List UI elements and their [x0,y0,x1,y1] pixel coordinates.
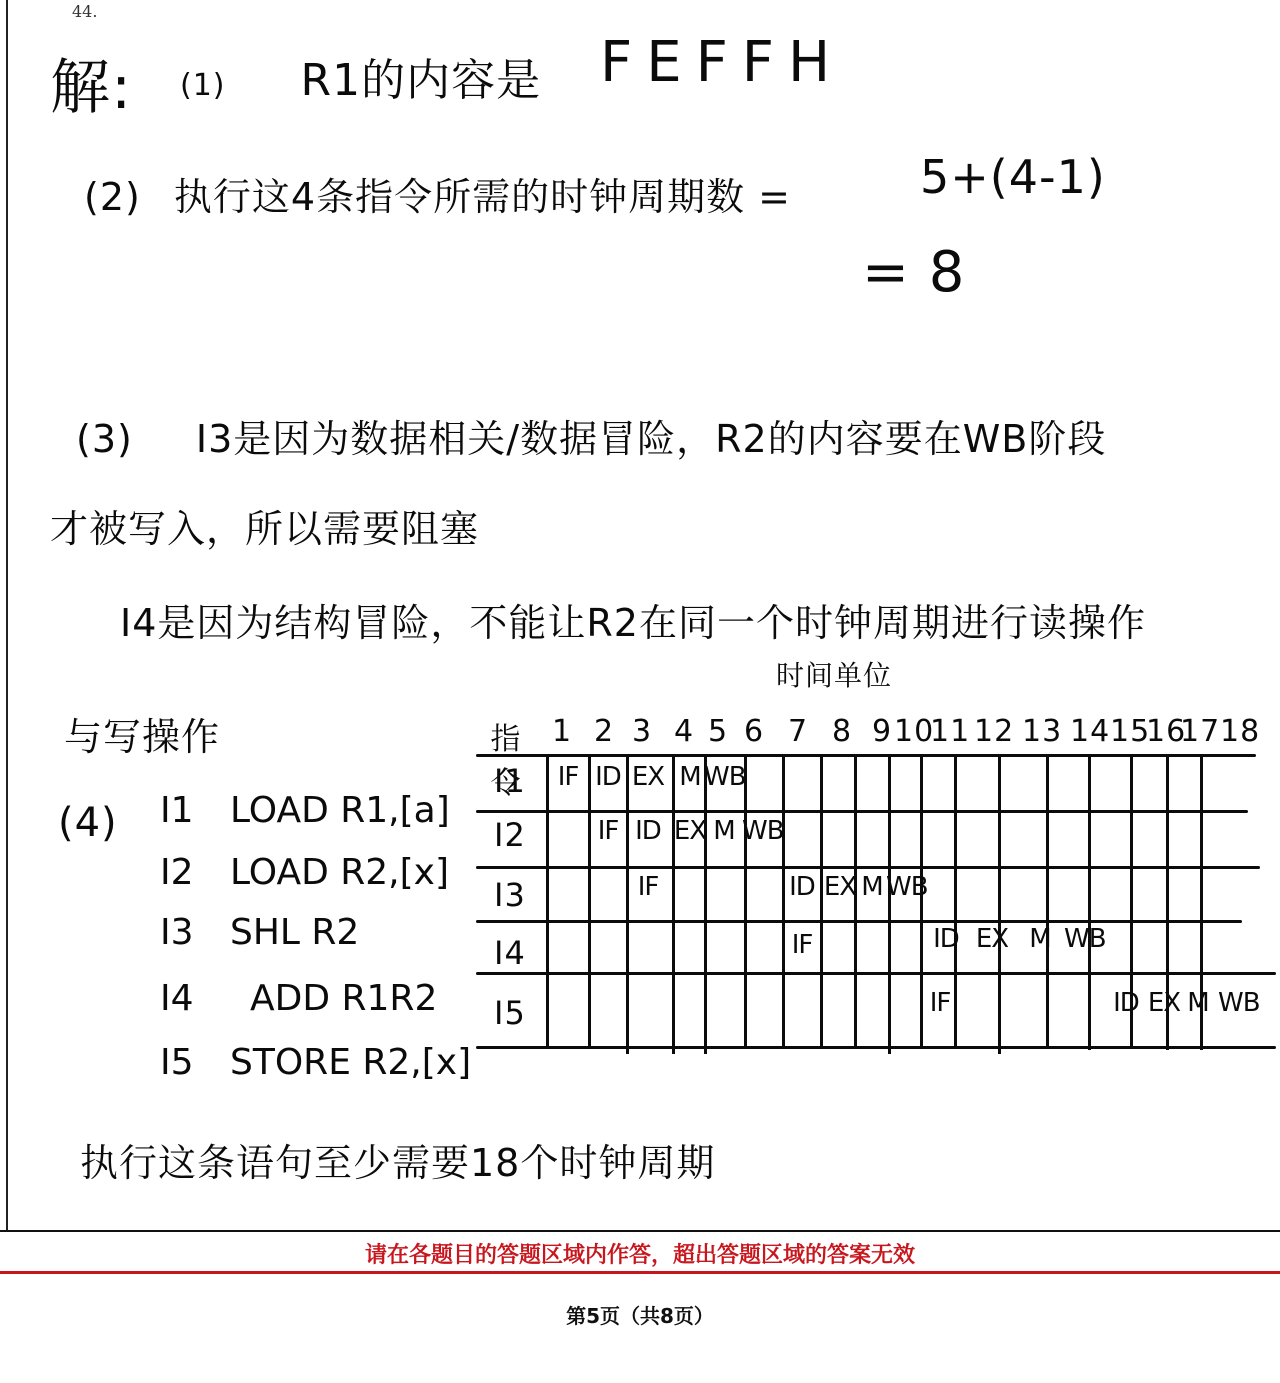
stage-cell: WB [742,816,782,846]
row-label-i4: I4 [494,934,526,972]
table-body: I1 I2 I3 I4 I5 IF ID EX M WB IF ID EX M … [476,754,1276,1054]
stage-cell: IF [548,762,588,792]
part1-answer: FEFFH [600,30,844,95]
column-header: 15 [1110,714,1150,749]
instruction-i4: I4ADD R1R2 [160,978,437,1019]
instruction-op: SHL R2 [230,912,359,953]
column-header: 18 [1220,714,1260,749]
column-header: 13 [1022,714,1062,749]
row-label-i5: I5 [494,994,526,1032]
part3-text1: I3是因为数据相关/数据冒险，R2的内容要在WB阶段 [196,417,1106,461]
instruction-op: STORE R2,[x] [230,1042,471,1083]
grid-line [704,754,707,1054]
column-header: 1 [542,714,582,749]
stage-cell: WB [704,762,744,792]
stage-cell: IF [920,988,960,1018]
stage-cell: IF [628,872,668,902]
part3-line2: 才被写入，所以需要阻塞 [50,498,479,553]
instruction-op: LOAD R2,[x] [230,852,449,893]
column-header: 5 [698,714,738,749]
column-header: 7 [778,714,818,749]
instruction-id: I1 [160,790,230,831]
instruction-i1: I1LOAD R1,[a] [160,790,450,831]
grid-line [1088,754,1091,1050]
pipeline-table-title: 时间单位 [776,654,892,694]
grid-line [626,754,629,1054]
stage-cell: WB [1064,924,1104,954]
stage-cell: WB [1218,988,1258,1018]
part3-line4: 与写操作 [64,706,220,761]
part2-result: = 8 [862,240,965,305]
row-label-i3: I3 [494,876,526,914]
instruction-id: I2 [160,852,230,893]
stage-cell: EX [972,924,1012,954]
column-header: 8 [822,714,862,749]
grid-line [744,754,747,1049]
part4-label: (4) [58,800,118,846]
answer-area-left-border [6,0,8,1232]
instruction-i5: I5STORE R2,[x] [160,1042,471,1083]
table-header-row: 指令 1 2 3 4 5 6 7 8 9 10 11 12 13 14 15 1… [476,708,1276,754]
stage-cell: IF [588,816,628,846]
column-header: 11 [930,714,970,749]
instruction-i3: I3SHL R2 [160,912,359,953]
stage-cell: WB [886,872,926,902]
part1-label: (1) [180,68,226,103]
part3-line3: I4是因为结构冒险，不能让R2在同一个时钟周期进行读操作 [120,592,1146,647]
instruction-i2: I2LOAD R2,[x] [160,852,449,893]
stage-cell: M [1178,988,1218,1018]
instruction-id: I3 [160,912,230,953]
stage-cell: ID [926,924,966,954]
grid-line [476,754,1256,757]
column-header: 14 [1070,714,1110,749]
part4-conclusion: 执行这条语句至少需要18个时钟周期 [80,1132,715,1187]
column-header: 10 [894,714,934,749]
stage-cell: ID [782,872,822,902]
stage-cell: IF [782,930,822,960]
grid-line [476,1046,1276,1049]
part2-line: (2) 执行这4条指令所需的时钟周期数 = [84,166,791,221]
part1-text: R1的内容是 [301,55,542,106]
row-label-i1: I1 [494,762,526,800]
instruction-id: I4 [160,978,250,1019]
answer-area-notice: 请在各题目的答题区域内作答，超出答题区域的答案无效 [0,1238,1280,1269]
grid-line [476,866,1260,869]
part2-expression: 5+(4-1) [920,150,1106,204]
grid-line [1046,754,1049,1046]
row-label-i2: I2 [494,816,526,854]
part3-label: (3) [76,417,133,461]
instruction-op: LOAD R1,[a] [230,790,450,831]
footer-divider-bottom [0,1271,1280,1274]
part1-line: (1) R1的内容是 [180,44,541,108]
grid-line [546,754,549,1049]
instruction-id: I5 [160,1042,230,1083]
page-number: 第5页（共8页） [0,1300,1280,1329]
part2-text: 执行这4条指令所需的时钟周期数 = [174,175,791,219]
grid-line [672,754,675,1054]
grid-line [588,754,591,1049]
stage-cell: ID [588,762,628,792]
column-header: 12 [974,714,1014,749]
column-header: 2 [584,714,624,749]
pipeline-timing-table: 指令 1 2 3 4 5 6 7 8 9 10 11 12 13 14 15 1… [476,708,1276,1060]
question-number: 44. [72,2,97,21]
grid-line [998,754,1001,1054]
footer-divider-top [0,1230,1280,1232]
stage-cell: ID [628,816,668,846]
stage-cell: EX [628,762,668,792]
part3-line1: (3) I3是因为数据相关/数据冒险，R2的内容要在WB阶段 [76,408,1106,463]
column-header: 6 [734,714,774,749]
answer-prefix: 解: [50,40,132,126]
column-header: 3 [622,714,662,749]
stage-cell: ID [1106,988,1146,1018]
grid-line [476,972,1276,975]
instruction-op: ADD R1R2 [250,978,437,1019]
part2-label: (2) [84,175,141,219]
stage-cell: M [704,816,744,846]
stage-cell: M [1020,924,1060,954]
column-header: 17 [1180,714,1220,749]
grid-line [888,754,891,1054]
